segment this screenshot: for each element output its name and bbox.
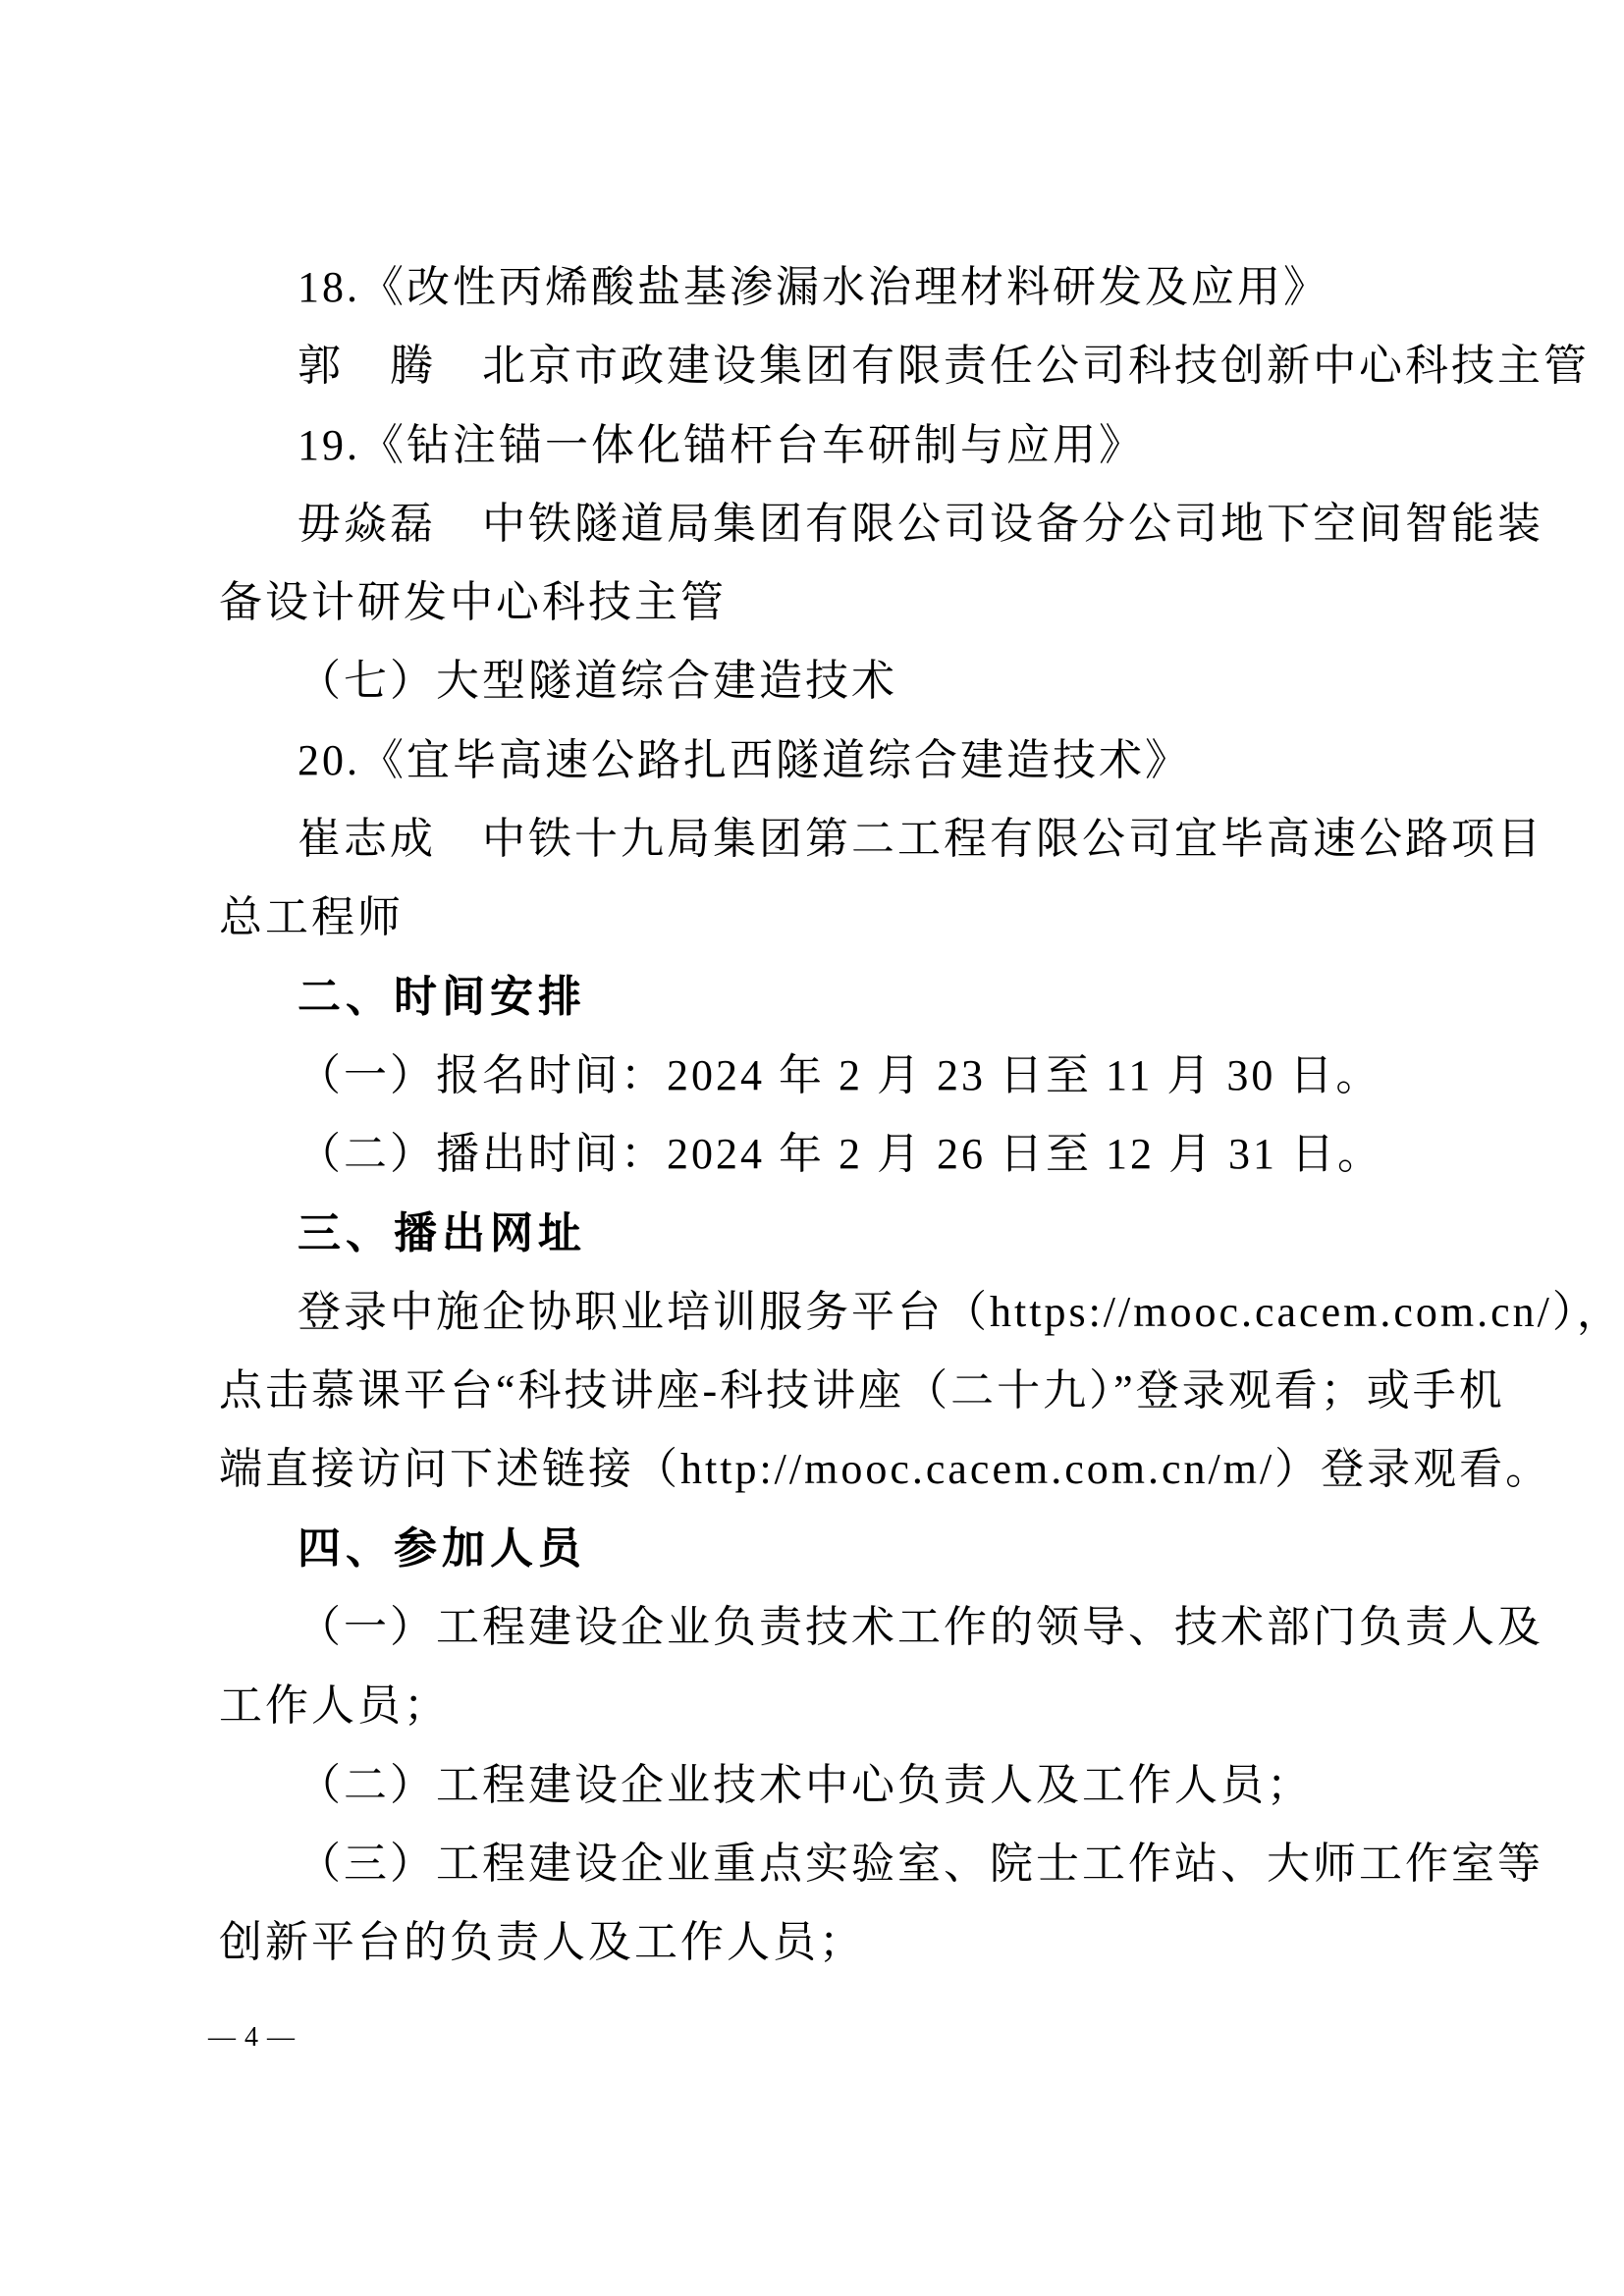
section-heading-line: 四、参加人员 [219, 1510, 1428, 1588]
document-line: 总工程师 [219, 879, 1428, 957]
document-line: （二）播出时间：2024 年 2 月 26 日至 12 月 31 日。 [219, 1115, 1428, 1194]
document-page: 18.《改性丙烯酸盐基渗漏水治理材料研发及应用》郭 腾 北京市政建设集团有限责任… [0, 0, 1624, 2296]
document-line: 登录中施企协职业培训服务平台（https://mooc.cacem.com.cn… [219, 1273, 1428, 1352]
document-body: 18.《改性丙烯酸盐基渗漏水治理材料研发及应用》郭 腾 北京市政建设集团有限责任… [0, 0, 1624, 1983]
document-line: 18.《改性丙烯酸盐基渗漏水治理材料研发及应用》 [219, 248, 1428, 327]
document-line: （一）报名时间：2024 年 2 月 23 日至 11 月 30 日。 [219, 1037, 1428, 1115]
document-line: （七）大型隧道综合建造技术 [219, 642, 1428, 721]
document-line: 20.《宜毕高速公路扎西隧道综合建造技术》 [219, 721, 1428, 800]
document-line: （二）工程建设企业技术中心负责人及工作人员； [219, 1746, 1428, 1825]
page-number: — 4 — [0, 2018, 1624, 2057]
document-line: （一）工程建设企业负责技术工作的领导、技术部门负责人及 [219, 1588, 1428, 1667]
document-line: 19.《钻注锚一体化锚杆台车研制与应用》 [219, 406, 1428, 485]
section-heading-line: 三、播出网址 [219, 1195, 1428, 1273]
section-heading-line: 二、时间安排 [219, 958, 1428, 1037]
document-line: （三）工程建设企业重点实验室、院士工作站、大师工作室等 [219, 1825, 1428, 1903]
document-line: 崔志成 中铁十九局集团第二工程有限公司宜毕高速公路项目 [219, 800, 1428, 879]
document-line: 毋焱磊 中铁隧道局集团有限公司设备分公司地下空间智能装 [219, 485, 1428, 563]
document-line: 郭 腾 北京市政建设集团有限责任公司科技创新中心科技主管 [219, 327, 1428, 405]
document-line: 点击慕课平台“科技讲座-科技讲座（二十九）”登录观看；或手机 [219, 1352, 1428, 1430]
document-line: 端直接访问下述链接（http://mooc.cacem.com.cn/m/）登录… [219, 1430, 1428, 1509]
document-line: 工作人员； [219, 1667, 1428, 1745]
document-line: 创新平台的负责人及工作人员； [219, 1903, 1428, 1982]
document-line: 备设计研发中心科技主管 [219, 563, 1428, 642]
